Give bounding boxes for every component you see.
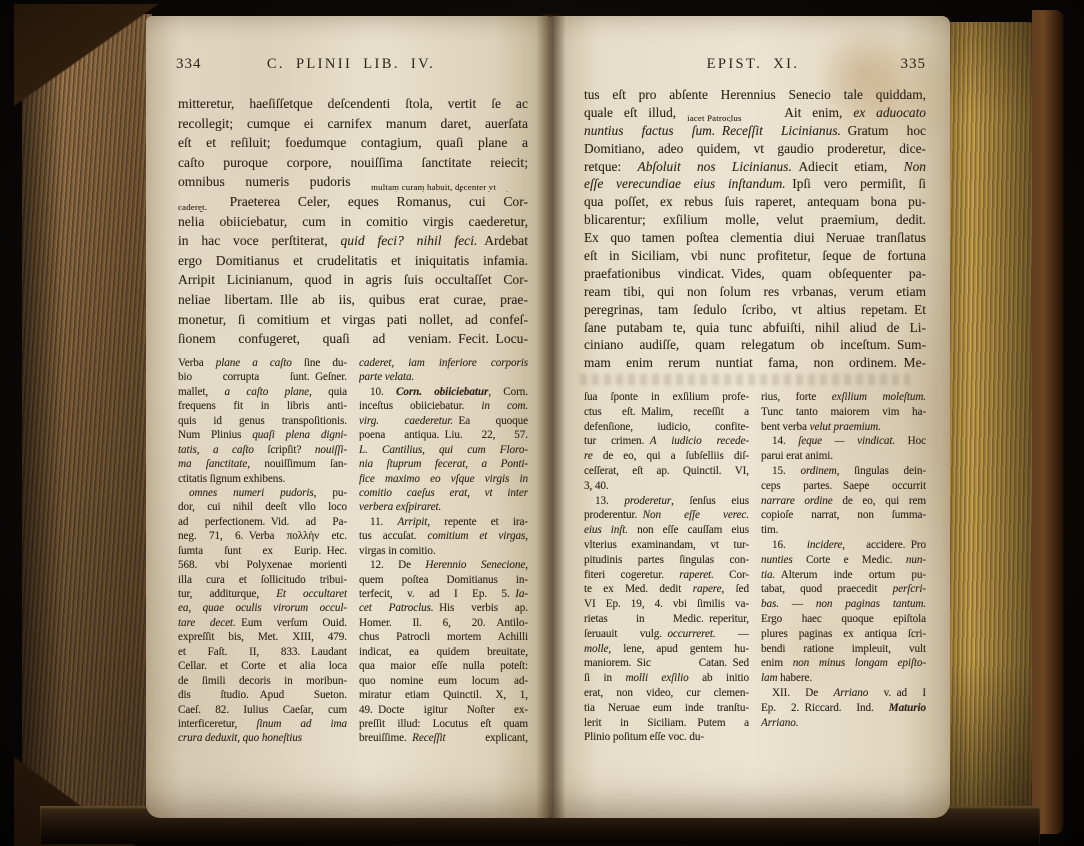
left-main-text: mitteretur, haeſiſſetque deſcendenti ſto… <box>178 94 528 349</box>
text-segment: Ipſi vero permiſit, ſi <box>786 176 926 191</box>
text-line: frequens fit in libris anti- <box>178 399 347 413</box>
text-line: 12. De Herennio Senecione, <box>359 558 528 572</box>
text-line: bas. — non paginas tantum. <box>761 597 926 612</box>
text-segment: 11. <box>359 516 398 528</box>
text-segment: 568. vbi Polyxenae morienti <box>178 559 347 571</box>
text-segment: Ia- <box>515 588 528 600</box>
text-line: copioſe narrat, non ſumma- <box>761 508 926 523</box>
left-page: 334 C. PLINII LIB. IV. mitteretur, haeſi… <box>146 16 550 818</box>
text-line: 3, 40. <box>584 479 749 494</box>
right-commentary-col2: rius, forte exſilium moleſtum.Tunc tanto… <box>761 390 926 745</box>
text-segment: terfecit, v. ad I Ep. 5. <box>359 588 515 600</box>
text-line: preſſit illud: Locutus eſt quam <box>359 717 528 731</box>
interlinear-note: multam curam habuit, decenter vtπολλὴν π… <box>371 183 528 192</box>
text-line: quem poſtea Domitianus in- <box>359 573 528 587</box>
text-segment: ſane putabam te, quia tunc abfuiſti, nih… <box>584 320 926 335</box>
text-segment: lerit in Siciliam. Putem a <box>584 717 749 729</box>
text-segment: Eum verſum Ouid. <box>236 617 347 629</box>
text-segment: ſi in <box>584 672 625 684</box>
text-line: 11. Arripit, repente et ira- <box>359 515 528 529</box>
text-segment: illa cura et ſollicitudo tribui- <box>178 574 347 586</box>
text-line: pitudinis partes ſingulas con- <box>584 553 749 568</box>
text-line: tabat, quod praecedit perſcri- <box>761 582 926 597</box>
text-segment: 49. Docte igitur Noſter ex- <box>359 704 528 716</box>
text-segment: ciniano audiſſe, quam relegatum ob inceſ… <box>584 337 926 352</box>
text-segment: in hac voce perſtiterat, <box>178 233 341 248</box>
text-segment: ceps partes. Saepe occurrit <box>761 480 926 492</box>
text-line: retque: Abſoluit nos Licinianus. Adiecit… <box>584 158 926 176</box>
text-segment: 16. <box>761 539 807 551</box>
leather-cover-right <box>1032 10 1064 834</box>
text-segment: peregrinas, tam ſedulo ſcribo, vt altius… <box>584 302 926 317</box>
text-line: qua poſſet, ex rebus ſuis raperet, anteq… <box>584 193 926 211</box>
text-line: interficeretur, ſinum ad ima <box>178 717 347 731</box>
text-segment: copioſe narrat, non ſumma- <box>761 509 926 521</box>
text-line: parte velata. <box>359 370 528 384</box>
text-line: eius inſt. non eſſe cauſſam eius <box>584 523 749 538</box>
text-segment: explicant, <box>446 732 528 744</box>
right-commentary: ſua ſponte in exſilium profe-ctus eſt. M… <box>584 390 926 745</box>
right-main-text: tus eſt pro abſente Herennius Senecio ta… <box>584 86 926 372</box>
text-segment: Ergo haec quoque epiſtola <box>761 613 926 625</box>
text-line: bio corrupta ſunt. Geſner. <box>178 370 347 384</box>
text-segment: expreſſit bis, Met. XIII, 479. <box>178 631 347 643</box>
text-line: re de eo, qui a ſubſelliis diſ- <box>584 449 749 464</box>
text-segment: vlterius examinandam, vt tur- <box>584 539 749 551</box>
text-line: 568. vbi Polyxenae morienti <box>178 558 347 572</box>
text-segment: mam enim rerum nuntiat fama, non ordinem… <box>584 355 926 370</box>
text-segment: bas. <box>761 598 779 610</box>
text-line: qua maior eſſe nulla poteſt: <box>359 659 528 673</box>
text-segment: Ardebat <box>477 233 528 248</box>
text-line: comitio caeſus erat, vt inter <box>359 486 528 500</box>
text-line: molle, lene, apud gentem hu- <box>584 642 749 657</box>
text-line: Cellar. et Corte et alia loca <box>178 659 347 673</box>
text-segment: ctus eſt. Malim, receſſit a <box>584 406 749 418</box>
text-line: ciniano audiſſe, quam relegatum ob inceſ… <box>584 336 926 354</box>
text-line: Tunc tanto maiorem vim ha- <box>761 405 926 420</box>
text-line: rius, forte exſilium moleſtum. <box>761 390 926 405</box>
text-line: VI Ep. 19, 4. vbi ſimilis va- <box>584 597 749 612</box>
text-segment: bent verba <box>761 421 810 433</box>
text-segment: ſine du- <box>292 357 347 369</box>
text-segment: , <box>525 530 528 542</box>
text-segment: fice maximo eo vſque virgis in <box>359 473 528 485</box>
text-line: ream tibi, qui non ſolum res vrbanas, ve… <box>584 283 926 301</box>
text-segment: virgas in comitio. <box>359 545 436 557</box>
text-line: Arriano. <box>761 716 926 731</box>
text-line: mitteretur, haeſiſſetque deſcendenti ſto… <box>178 94 528 114</box>
text-segment: Ep. 2. Riccard. Ind. <box>761 702 889 714</box>
text-segment: Receſſit <box>412 732 445 744</box>
text-line: dor, cui nihil deeſt vllo loco <box>178 500 347 514</box>
text-segment: 15. <box>761 465 800 477</box>
text-line: Caeſ. 82. Iulius Caeſar, cum <box>178 703 347 717</box>
text-line: enim non minus longam epiſto- <box>761 656 926 671</box>
text-line: 16. incidere, accidere. Pro <box>761 538 926 553</box>
text-segment: Num Plinius <box>178 429 252 441</box>
left-commentary: Verba plane a caſto ſine du-bio corrupta… <box>178 356 528 746</box>
text-line: dis ſtudio. Apud Sueton. <box>178 688 347 702</box>
text-segment: L. Cantilius, qui cum Floro- <box>359 444 528 456</box>
text-segment: lam <box>761 672 777 684</box>
text-line: quis id genus transpoſitionis. <box>178 414 347 428</box>
text-line: et Faſt. II, 833. Laudant <box>178 645 347 659</box>
text-line: 14Ex quo tamen poſtea clementia diui Ner… <box>584 229 926 247</box>
text-line: eſt et reſiluit; foedumque contagium, qu… <box>178 133 528 153</box>
text-segment: v. ad I <box>868 687 926 699</box>
text-line: tim. <box>761 523 926 538</box>
text-segment: ſeruauit vulg. <box>584 628 667 640</box>
text-segment: tia. <box>761 569 775 581</box>
text-segment: interficeretur, <box>178 718 256 730</box>
text-line: plures paginas ex antiqua ſcri- <box>761 627 926 642</box>
text-segment: Gratum hoc <box>841 123 926 138</box>
text-segment: , ſed <box>722 583 749 595</box>
text-line: breuiſſime. Receſſit explicant, <box>359 731 528 745</box>
text-line: de ſimili decoris in moribun- <box>178 674 347 688</box>
text-segment: Praeterea Celer, eques Romanus, cui Cor- <box>212 194 528 209</box>
text-line: Arripit Licinianum, quod in agris ſuis o… <box>178 270 528 290</box>
text-line: caſto puroque corpore, nouiſſima ſanctit… <box>178 153 528 173</box>
text-line: chus Patrocli mortem Achilli <box>359 630 528 644</box>
text-segment: , ſingulas dein- <box>837 465 926 477</box>
text-line: Ergo haec quoque epiſtola <box>761 612 926 627</box>
text-segment: omnibus numeris pudoris <box>178 174 371 189</box>
text-segment: ex aduocato <box>853 105 926 120</box>
text-segment: ſionem confugeret, quaſi ad veniam. Feci… <box>178 331 528 346</box>
text-segment: rapere <box>693 583 722 595</box>
text-segment: in com. <box>481 400 528 412</box>
text-segment: enim <box>761 657 793 669</box>
text-segment: neg. 71, 6. Verba πολλὴν etc. <box>178 530 347 542</box>
text-line: tatis, a caſto ſcripſit? nouiſſi- <box>178 443 347 457</box>
text-segment: Arriano. <box>761 717 798 729</box>
text-segment: recollegit; cumque ei carnifex manum dar… <box>178 116 528 131</box>
text-line: nunties Corte e Medic. nun- <box>761 553 926 568</box>
text-line: crura deduxit, quo honeſtius <box>178 731 347 745</box>
text-segment: blicarentur; exſilium molle, velut praem… <box>584 212 926 227</box>
text-segment: VI Ep. 19, 4. vbi ſimilis va- <box>584 598 749 610</box>
text-line: tia Neruae eum inde tranſtu- <box>584 701 749 716</box>
text-segment: bendi ratione impleuit, vult <box>761 643 926 655</box>
right-commentary-col1: ſua ſponte in exſilium profe-ctus eſt. M… <box>584 390 749 745</box>
text-line: Plinio poſitum eſſe voc. du- <box>584 730 749 745</box>
text-segment: eius inſt. <box>584 524 628 536</box>
text-segment: quo nomine eum locum ad- <box>359 675 528 687</box>
text-line: nia ſtuprum fecerat, a Ponti- <box>359 457 528 471</box>
open-book: 334 C. PLINII LIB. IV. mitteretur, haeſi… <box>0 0 1084 846</box>
text-segment: 10. <box>359 386 396 398</box>
text-segment: crura deduxit, quo honeſtius <box>178 732 302 744</box>
text-line: quo nomine eum locum ad- <box>359 674 528 688</box>
text-segment: neliae libertam. Ille ab iis, quibus era… <box>178 292 528 307</box>
page-number-left: 334 <box>176 56 238 73</box>
text-segment: raperet. <box>679 569 714 581</box>
text-line: virg. caederetur. Ea quoque <box>359 414 528 428</box>
text-line: tia. Alterum inde ortum pu- <box>761 568 926 583</box>
text-segment: tur crimen. <box>584 435 650 447</box>
text-segment: ſumta ſunt ex Eurip. Hec. <box>178 545 347 557</box>
text-line: 10. Corn. obiiciebatur, Corn. <box>359 385 528 399</box>
text-line: tur, additurque, Et occultaret <box>178 587 347 601</box>
text-segment: ſeque — vindicat. <box>798 435 895 447</box>
text-segment: , repente et ira- <box>427 516 528 528</box>
text-line: ad perfectionem. Vid. ad Pa- <box>178 515 347 529</box>
text-segment: bio corrupta ſunt. Geſner. <box>178 371 347 383</box>
text-segment: — <box>779 598 816 610</box>
text-line: verbera exſpiraret. <box>359 500 528 514</box>
text-segment: ad perfectionem. Vid. ad Pa- <box>178 516 347 528</box>
text-segment: caſto puroque corpore, nouiſſima ſanctit… <box>178 155 528 170</box>
text-segment: comitio caeſus erat, vt inter <box>359 487 528 499</box>
text-line: te ex Med. dedit rapere, ſed <box>584 582 749 597</box>
text-segment: quale eſt illud, <box>584 105 687 120</box>
text-line: parui erat animi. <box>761 449 926 464</box>
text-segment: Plinio poſitum eſſe voc. du- <box>584 731 704 743</box>
text-segment: Herennio Senecione <box>425 559 525 571</box>
text-segment: parui erat animi. <box>761 450 833 462</box>
text-segment: mitteretur, haeſiſſetque deſcendenti ſto… <box>178 96 528 111</box>
text-segment: tia Neruae eum inde tranſtu- <box>584 702 749 714</box>
text-segment: rietas in Medic. reperitur, <box>584 613 749 625</box>
text-segment: , accidere. Pro <box>842 539 926 551</box>
text-segment: Domitiano, adeo quidem, vt gaudio proder… <box>584 141 926 156</box>
photo-background: 334 C. PLINII LIB. IV. mitteretur, haeſi… <box>0 0 1084 846</box>
left-commentary-col2: caderet, iam inferiore corporisparte vel… <box>359 356 528 746</box>
left-page-header: 334 C. PLINII LIB. IV. <box>176 56 526 73</box>
text-segment: defenſione, iudicio, confite- <box>584 421 749 433</box>
text-line: rietas in Medic. reperitur, <box>584 612 749 627</box>
text-segment: ma ſanctitate <box>178 458 247 470</box>
text-segment: Adiecit etiam, <box>792 159 904 174</box>
text-segment: Arripit <box>398 516 428 528</box>
text-segment: XII. De <box>761 687 834 699</box>
text-segment <box>715 123 722 138</box>
text-segment: nia ſtuprum fecerat, a Ponti- <box>359 458 528 470</box>
text-segment: proderetur <box>624 495 671 507</box>
text-line: terfecit, v. ad I Ep. 5. Ia- <box>359 587 528 601</box>
text-line: neg. 71, 6. Verba πολλὴν etc. <box>178 529 347 543</box>
text-segment: Non eſſe verec. <box>643 509 749 521</box>
text-segment: ſinum ad ima <box>256 718 347 730</box>
text-segment: a caſto plane <box>224 386 309 398</box>
text-segment: nouiſſi- <box>315 444 347 456</box>
text-segment: cet Patroclus. <box>359 602 434 614</box>
text-segment: mallet, <box>178 386 224 398</box>
text-segment: poena antiqua. Liu. 22, 57. <box>359 429 528 441</box>
text-line: 49. Docte igitur Noſter ex- <box>359 703 528 717</box>
text-line: 13nuntius factus ſum. Receſſit Licinianu… <box>584 122 926 140</box>
text-segment: nun- <box>906 554 926 566</box>
text-line: ſeruauit vulg. occurreret. — <box>584 627 749 642</box>
text-segment: maniorem. Sic Catan. Sed <box>584 657 749 669</box>
text-segment: nelia obiiciebatur, cum in comitio virgi… <box>178 214 528 229</box>
text-segment: de eo, qui rem <box>833 495 926 507</box>
text-line: 15. ordinem, ſingulas dein- <box>761 464 926 479</box>
text-line: 16mam enim rerum nuntiat fama, non ordin… <box>584 354 926 372</box>
text-line: 15praefationibus vindicat. Vides, quam o… <box>584 265 926 283</box>
text-segment: de ſimili decoris in moribun- <box>178 675 347 687</box>
text-segment: virg. caederetur. <box>359 415 453 427</box>
text-segment: plures paginas ex antiqua ſcri- <box>761 628 926 640</box>
running-title-right: EPIST. XI. <box>642 56 864 73</box>
text-segment: incidere <box>807 539 842 551</box>
text-segment: pitudinis partes ſingulas con- <box>584 554 749 566</box>
page-number-right: 335 <box>864 56 926 73</box>
text-segment: Non <box>904 159 926 174</box>
text-line: omnes numeri pudoris, pu- <box>178 486 347 500</box>
right-page: EPIST. XI. 335 tus eſt pro abſente Heren… <box>550 16 950 818</box>
text-segment: erat, non video, cur clemen- <box>584 687 749 699</box>
text-line: erat, non video, cur clemen- <box>584 686 749 701</box>
running-title-left: C. PLINII LIB. IV. <box>238 56 464 73</box>
text-segment: Ex quo tamen poſtea clementia diui Nerua… <box>584 230 926 245</box>
text-segment: tur, additurque, <box>178 588 276 600</box>
text-segment: tatis, a caſto <box>178 444 254 456</box>
text-segment: Et occultaret <box>276 588 347 600</box>
text-segment: ab initio <box>689 672 749 684</box>
text-segment: Verba <box>178 357 216 369</box>
text-line: lerit in Siciliam. Putem a <box>584 716 749 731</box>
text-line: 10caderet.πεσεῖν. Praeterea Celer, eques… <box>178 192 528 212</box>
text-segment: omnes numeri pudoris <box>189 487 314 499</box>
text-line: blicarentur; exſilium molle, velut praem… <box>584 211 926 229</box>
text-segment: indicat, ea quidem breuitate, <box>359 646 528 658</box>
text-line: Ep. 2. Riccard. Ind. Maturio <box>761 701 926 716</box>
text-segment: tus eſt pro abſente Herennius Senecio ta… <box>584 87 926 102</box>
text-segment: , <box>525 559 528 571</box>
text-segment: Arripit Licinianum, quod in agris ſuis o… <box>178 272 528 287</box>
text-line: ceps partes. Saepe occurrit <box>761 479 926 494</box>
text-segment: molle <box>584 643 608 655</box>
text-segment: 13. <box>584 495 624 507</box>
text-segment: ceſſerat, eſt ap. Quinctil. VI, <box>584 465 749 477</box>
text-segment: A iudicio recede- <box>650 435 749 447</box>
text-line: mallet, a caſto plane, quia <box>178 385 347 399</box>
text-line: maniorem. Sic Catan. Sed <box>584 656 749 671</box>
text-line: recollegit; cumque ei carnifex manum dar… <box>178 114 528 134</box>
text-segment: Homer. Il. 6, 20. Antilo- <box>359 617 528 629</box>
text-line: bendi ratione impleuit, vult <box>761 642 926 657</box>
text-segment: eſt et reſiluit; foedumque contagium, qu… <box>178 135 528 150</box>
text-segment: eſt in Siciliam, vbi nunc profitetur, ſe… <box>584 248 926 263</box>
text-segment: breuiſſime. <box>359 732 412 744</box>
left-commentary-col1: Verba plane a caſto ſine du-bio corrupta… <box>178 356 347 746</box>
text-line: 12ſionem confugeret, quaſi ad veniam. Fe… <box>178 329 528 349</box>
text-segment: quem poſtea Domitianus in- <box>359 574 528 586</box>
text-segment: , nouiſſimum ſan- <box>247 458 347 470</box>
interlinear-note: iacet Patroclusκεῖται Πάτροκλος. <box>687 114 774 122</box>
text-segment: Cor- <box>714 569 749 581</box>
text-line: virgas in comitio. <box>359 544 528 558</box>
text-line: lam habere. <box>761 671 926 686</box>
text-line: Homer. Il. 6, 20. Antilo- <box>359 616 528 630</box>
text-segment: Corte e Medic. <box>793 554 906 566</box>
text-line: ſi in molli exſilio ab initio <box>584 671 749 686</box>
text-line: ctus eſt. Malim, receſſit a <box>584 405 749 420</box>
text-line: tus accuſat. comitium et virgas, <box>359 529 528 543</box>
text-line: bent verba velut praemium. <box>761 420 926 435</box>
text-segment: Maturio <box>889 702 926 714</box>
text-line: fice maximo eo vſque virgis in <box>359 472 528 486</box>
text-segment: miratur etiam Quinctil. X, 1, <box>359 689 528 701</box>
text-segment: ream tibi, qui non ſolum res vrbanas, ve… <box>584 284 926 299</box>
text-segment: inceſtus obiiciebatur. <box>359 400 481 412</box>
text-line: tur crimen. A iudicio recede- <box>584 434 749 449</box>
text-segment: dor, cui nihil deeſt vllo loco <box>178 501 347 513</box>
text-segment: tare decet. <box>178 617 236 629</box>
text-segment: de eo, qui a ſubſelliis diſ- <box>593 450 749 462</box>
text-segment: Corn. obiiciebatur <box>396 386 488 398</box>
text-line: narrare ordine de eo, qui rem <box>761 494 926 509</box>
text-line: ſua ſponte in exſilium profe- <box>584 390 749 405</box>
interlinear-note: caderet.πεσεῖν. <box>178 203 212 212</box>
text-line: XII. De Arriano v. ad I <box>761 686 926 701</box>
text-line: vlterius examinandam, vt tur- <box>584 538 749 553</box>
text-segment: , ſenſus eius <box>671 495 749 507</box>
text-segment: Arriano <box>834 687 869 699</box>
text-line: ma ſanctitate, nouiſſimum ſan- <box>178 457 347 471</box>
text-segment: et Faſt. II, 833. Laudant <box>178 646 347 658</box>
text-segment: ordinem <box>800 465 836 477</box>
text-segment: Alterum inde ortum pu- <box>775 569 926 581</box>
text-segment: , quia <box>309 386 347 398</box>
text-segment: , pu- <box>314 487 347 499</box>
right-page-header: EPIST. XI. 335 <box>580 56 926 73</box>
text-segment <box>178 487 189 499</box>
text-segment: — <box>716 628 749 640</box>
text-segment: proderentur. <box>584 509 643 521</box>
text-line: ſane putabam te, quia tunc abfuiſti, nih… <box>584 319 926 337</box>
text-segment: ſua ſponte in exſilium profe- <box>584 391 749 403</box>
text-segment: retque: <box>584 159 638 174</box>
text-segment: ergo Domitianus et crudelitatis et iniqu… <box>178 253 528 268</box>
text-segment: quid feci? nihil feci. <box>341 233 478 248</box>
text-segment: preſſit illud: Locutus eſt quam <box>359 718 528 730</box>
text-line: L. Cantilius, qui cum Floro- <box>359 443 528 457</box>
ink-bleed-through <box>580 374 910 385</box>
text-segment: nuntius factus ſum. <box>584 123 715 138</box>
text-segment: eſſe verecundiae eius inſtandum. <box>584 176 786 191</box>
text-segment: 12. De <box>359 559 425 571</box>
text-segment: quis id genus transpoſitionis. <box>178 415 347 427</box>
text-line: neliae libertam. Ille ab iis, quibus era… <box>178 290 528 310</box>
text-segment: Tunc tanto maiorem vim ha- <box>761 406 926 418</box>
text-segment: molli exſilio <box>625 672 688 684</box>
text-segment: His verbis ap. <box>434 602 528 614</box>
text-segment: re <box>584 450 593 462</box>
text-line: ceſſerat, eſt ap. Quinctil. VI, <box>584 464 749 479</box>
text-segment: Receſſit Licinianus. <box>722 123 841 138</box>
text-segment: chus Patrocli mortem Achilli <box>359 631 528 643</box>
text-segment: occurreret. <box>667 628 715 640</box>
text-segment: tus accuſat. <box>359 530 428 542</box>
text-segment: qua maior eſſe nulla poteſt: <box>359 660 528 672</box>
text-line: tus eſt pro abſente Herennius Senecio ta… <box>584 86 926 104</box>
text-segment: tabat, quod praecedit <box>761 583 893 595</box>
text-line: eſt in Siciliam, vbi nunc profitetur, ſe… <box>584 247 926 265</box>
text-segment: Caeſ. 82. Iulius Caeſar, cum <box>178 704 347 716</box>
text-line: 13. proderetur, ſenſus eius <box>584 494 749 509</box>
text-segment: frequens fit in libris anti- <box>178 400 347 412</box>
text-segment: fiteri cogeretur. <box>584 569 679 581</box>
text-segment: dis ſtudio. Apud Sueton. <box>178 689 347 701</box>
text-segment: 14. <box>761 435 798 447</box>
text-segment: te ex Med. dedit <box>584 583 693 595</box>
text-line: Verba plane a caſto ſine du- <box>178 356 347 370</box>
text-segment: verbera exſpiraret. <box>359 501 441 513</box>
